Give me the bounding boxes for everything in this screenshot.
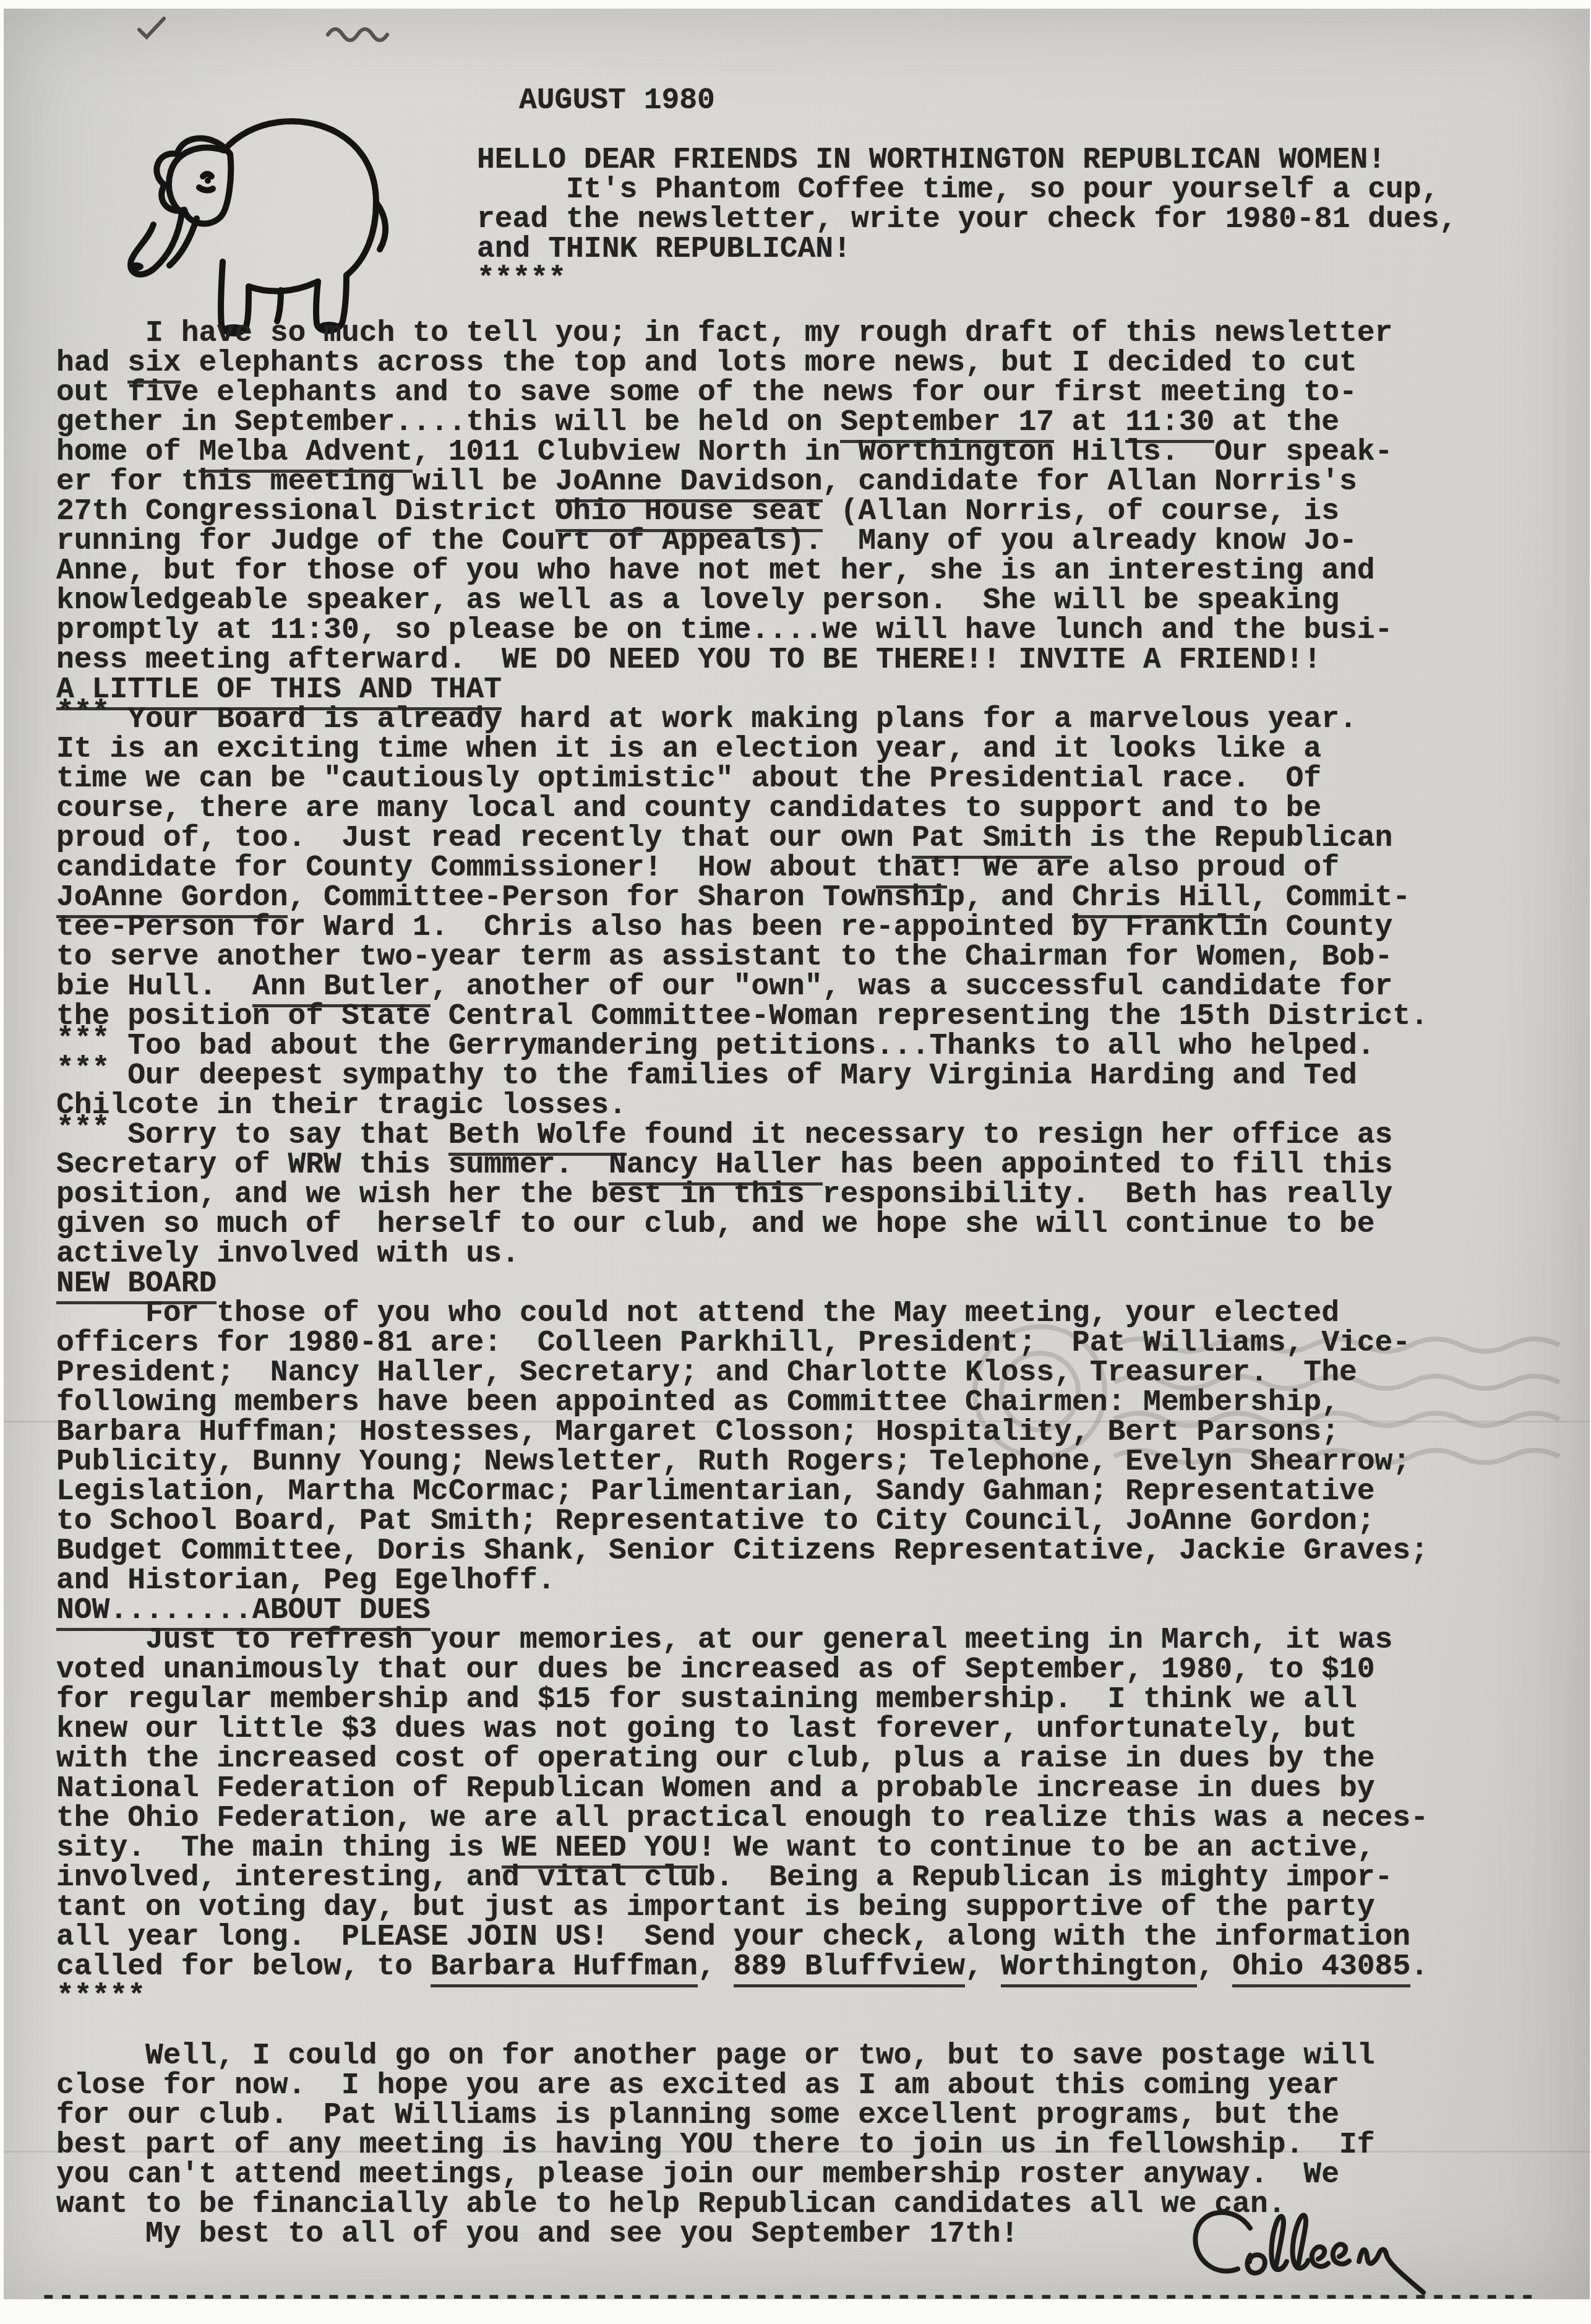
text-line: bie Hull. Ann Butler, another of our "ow…: [56, 972, 1571, 1002]
text-line: the Ohio Federation, we are all practica…: [56, 1804, 1571, 1833]
text-line: close for now. I hope you are as excited…: [56, 2071, 1571, 2101]
text-line: involved, interesting, and vital club. B…: [56, 1863, 1571, 1893]
text-line: It is an exciting time when it is an ele…: [56, 734, 1571, 764]
text-line: position, and we wish her the best in th…: [56, 1180, 1571, 1210]
text-line: Barbara Huffman; Hostesses, Margaret Clo…: [56, 1418, 1571, 1447]
pencil-check-mark: [137, 16, 174, 41]
section-heading: A LITTLE OF THIS AND THAT: [56, 675, 1571, 705]
text-line: Well, I could go on for another page or …: [56, 2041, 1571, 2071]
text-line: voted unanimously that our dues be incre…: [56, 1655, 1571, 1685]
text-line: 27th Congressional District Ohio House s…: [56, 497, 1571, 527]
text-line: tee-Person for Ward 1. Chris also has be…: [56, 913, 1571, 942]
text-line: to School Board, Pat Smith; Representati…: [56, 1507, 1571, 1536]
text-line: *** Your Board is already hard at work m…: [56, 705, 1571, 734]
text-line: Anne, but for those of you who have not …: [56, 556, 1571, 586]
text-line: sity. The main thing is WE NEED YOU! We …: [56, 1833, 1571, 1863]
text-line: Chilcote in their tragic losses.: [56, 1091, 1571, 1121]
text-line: the position of State Central Committee-…: [56, 1002, 1571, 1031]
text-line: *** Sorry to say that Beth Wolfe found i…: [56, 1121, 1571, 1150]
text-line: ness meeting afterward. WE DO NEED YOU T…: [56, 645, 1571, 675]
text-line: knew our little $3 dues was not going to…: [56, 1715, 1571, 1744]
text-line: JoAnne Gordon, Committee-Person for Shar…: [56, 883, 1571, 913]
text-line: Budget Committee, Doris Shank, Senior Ci…: [56, 1536, 1571, 1566]
greeting-line: and THINK REPUBLICAN!: [477, 235, 1571, 264]
text-line: knowledgeable speaker, as well as a love…: [56, 586, 1571, 616]
text-line: out five elephants and to save some of t…: [56, 378, 1571, 408]
text-line: with the increased cost of operating our…: [56, 1744, 1571, 1774]
text-line: Publicity, Bunny Young; Newsletter, Ruth…: [56, 1447, 1571, 1477]
text-line: officers for 1980-81 are: Colleen Parkhi…: [56, 1328, 1571, 1358]
section-heading: NOW........ABOUT DUES: [56, 1596, 1571, 1625]
text-line: course, there are many local and county …: [56, 794, 1571, 824]
text-line: candidate for County Commissioner! How a…: [56, 853, 1571, 883]
text-line: proud of, too. Just read recently that o…: [56, 824, 1571, 853]
text-line: Legislation, Martha McCormac; Parlimenta…: [56, 1477, 1571, 1507]
text-line: best part of any meeting is having YOU t…: [56, 2130, 1571, 2160]
text-line: all year long. PLEASE JOIN US! Send your…: [56, 1922, 1571, 1952]
section-heading: NEW BOARD: [56, 1269, 1571, 1299]
scan-scribble-mark: [325, 21, 406, 46]
paper-sheet: AUGUST 1980 HELLO DEAR FRIENDS IN WORTHI…: [4, 9, 1590, 2299]
text-line: promptly at 11:30, so please be on time.…: [56, 616, 1571, 645]
text-line: running for Judge of the Court of Appeal…: [56, 527, 1571, 556]
typed-content: AUGUST 1980 HELLO DEAR FRIENDS IN WORTHI…: [56, 86, 1571, 2249]
spacer-line: [56, 116, 1571, 145]
text-line: gether in September....this will be held…: [56, 408, 1571, 437]
text-line: er for this meeting will be JoAnne David…: [56, 467, 1571, 497]
date-line: AUGUST 1980: [519, 86, 1571, 116]
greeting-line: HELLO DEAR FRIENDS IN WORTHINGTON REPUBL…: [477, 145, 1571, 175]
text-line: home of Melba Advent, 1011 Clubview Nort…: [56, 437, 1571, 467]
text-line: actively involved with us.: [56, 1239, 1571, 1269]
text-line: President; Nancy Haller, Secretary; and …: [56, 1358, 1571, 1388]
text-line: time we can be "cautiously optimistic" a…: [56, 764, 1571, 794]
greeting-line: It's Phantom Coffee time, so pour yourse…: [477, 175, 1571, 205]
text-line: following members have been appointed as…: [56, 1388, 1571, 1418]
text-line: National Federation of Republican Women …: [56, 1774, 1571, 1804]
text-line: I have so much to tell you; in fact, my …: [56, 319, 1571, 348]
text-line: you can't attend meetings, please join o…: [56, 2160, 1571, 2190]
text-line: given so much of herself to our club, an…: [56, 1210, 1571, 1239]
text-line: for our club. Pat Williams is planning s…: [56, 2101, 1571, 2130]
document-body: I have so much to tell you; in fact, my …: [56, 319, 1571, 2249]
text-line: to serve another two-year term as assist…: [56, 942, 1571, 972]
scanned-newsletter-page: { "colors": { "paper": "#d7d6d2", "ink":…: [0, 0, 1591, 2324]
text-line: and Historian, Peg Egelhoff.: [56, 1566, 1571, 1596]
greeting-line: read the newsletter, write your check fo…: [477, 205, 1571, 235]
text-line: had six elephants across the top and lot…: [56, 348, 1571, 378]
divider-dashes: ----------------------------------------…: [40, 2281, 1581, 2299]
text-line: For those of you who could not attend th…: [56, 1299, 1571, 1328]
text-line: Just to refresh your memories, at our ge…: [56, 1625, 1571, 1655]
text-line: *** Our deepest sympathy to the families…: [56, 1061, 1571, 1091]
spacer-line: [56, 2012, 1571, 2041]
text-line: Secretary of WRW this summer. Nancy Hall…: [56, 1150, 1571, 1180]
text-line: *** Too bad about the Gerrymandering pet…: [56, 1031, 1571, 1061]
text-line: tant on voting day, but just as importan…: [56, 1893, 1571, 1922]
greeting-block: HELLO DEAR FRIENDS IN WORTHINGTON REPUBL…: [477, 145, 1571, 294]
text-line: called for below, to Barbara Huffman, 88…: [56, 1952, 1571, 1982]
text-line: for regular membership and $15 for susta…: [56, 1685, 1571, 1715]
greeting-line: *****: [477, 264, 1571, 294]
